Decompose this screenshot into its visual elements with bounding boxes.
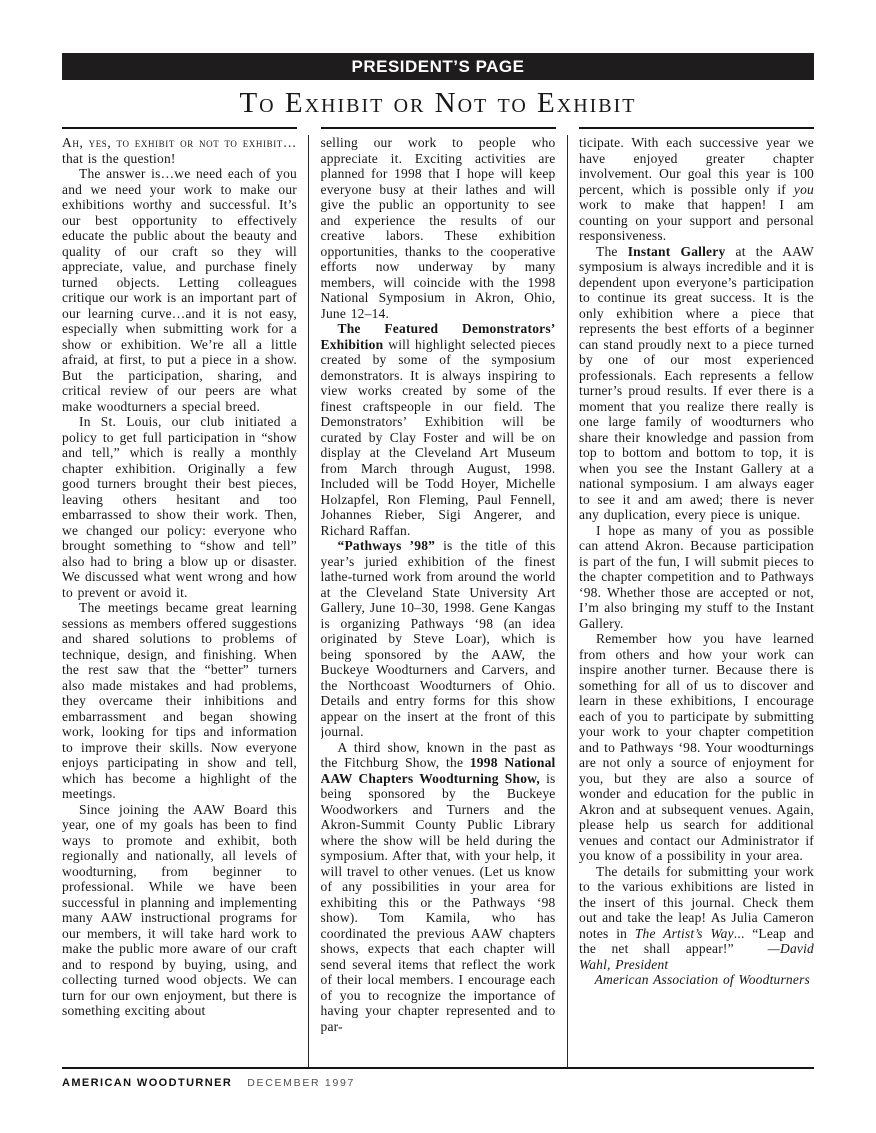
article-title: To Exhibit or Not to Exhibit (62, 84, 814, 122)
issue-date: DECEMBER 1997 (247, 1077, 355, 1089)
column-1: Ah, yes, to exhibit or not to exhibit… t… (62, 135, 297, 1067)
text-segment: you (794, 182, 814, 197)
banner: PRESIDENT’S PAGE (62, 53, 814, 80)
paragraph: I hope as many of you as possible can at… (579, 523, 814, 632)
column-divider (567, 135, 568, 1067)
journal-name: AMERICAN WOODTURNER (62, 1077, 232, 1089)
paragraph: The Featured Demonstrators’ Exhibition w… (321, 321, 556, 538)
text-segment: is being sponsored by the Buckeye Woodwo… (321, 771, 556, 1034)
article-columns: Ah, yes, to exhibit or not to exhibit… t… (62, 135, 814, 1067)
paragraph: The meetings became great learning sessi… (62, 600, 297, 802)
footer-rule (62, 1067, 814, 1069)
text-segment: The meetings became great learning sessi… (62, 600, 297, 801)
page: PRESIDENT’S PAGE To Exhibit or Not to Ex… (0, 0, 876, 1133)
text-segment: The answer is…we need each of you and we… (62, 166, 297, 414)
text-segment: Ah, yes, to exhibit or not to exhibit… (62, 135, 297, 150)
paragraph: Ah, yes, to exhibit or not to exhibit… t… (62, 135, 297, 166)
paragraph: Since joining the AAW Board this year, o… (62, 802, 297, 1019)
text-segment: ticipate. With each successive year we h… (579, 135, 814, 197)
header-rule-segment (62, 127, 297, 129)
text-segment: “Pathways ’98” (338, 538, 436, 553)
text-segment: Instant Gallery (628, 244, 726, 259)
text-segment: I hope as many of you as possible can at… (579, 523, 814, 631)
text-segment: Since joining the AAW Board this year, o… (62, 802, 297, 1019)
paragraph: In St. Louis, our club initiated a polic… (62, 414, 297, 600)
header-rule (62, 127, 814, 129)
text-segment: that is the question! (62, 151, 176, 166)
text-segment: The (596, 244, 628, 259)
header-rule-segment (579, 127, 814, 129)
paragraph: ticipate. With each successive year we h… (579, 135, 814, 244)
text-segment: will highlight selected pieces created b… (321, 337, 556, 538)
text-segment: selling our work to people who appreciat… (321, 135, 556, 321)
paragraph: selling our work to people who appreciat… (321, 135, 556, 321)
paragraph: American Association of Woodturners (579, 972, 814, 988)
paragraph: The answer is…we need each of you and we… (62, 166, 297, 414)
paragraph: “Pathways ’98” is the title of this year… (321, 538, 556, 740)
banner-title: PRESIDENT’S PAGE (352, 57, 525, 77)
text-segment: work to make that happen! I am counting … (579, 197, 814, 243)
column-3: ticipate. With each successive year we h… (579, 135, 814, 1067)
paragraph: A third show, known in the past as the F… (321, 740, 556, 1035)
text-segment: is the title of this year’s juried exhib… (321, 538, 556, 739)
column-divider (308, 135, 309, 1067)
text-segment: Remember how you have learned from other… (579, 631, 814, 863)
footer: AMERICAN WOODTURNER DECEMBER 1997 (62, 1077, 814, 1089)
text-segment: In St. Louis, our club initiated a polic… (62, 414, 297, 600)
paragraph: The details for submitting your work to … (579, 864, 814, 973)
header-rule-segment (321, 127, 556, 129)
text-segment: American Association of Woodturners (595, 972, 810, 987)
text-segment: The Artist’s Way (635, 926, 734, 941)
text-segment: at the AAW symposium is always incredibl… (579, 244, 814, 523)
paragraph: Remember how you have learned from other… (579, 631, 814, 864)
paragraph: The Instant Gallery at the AAW symposium… (579, 244, 814, 523)
column-2: selling our work to people who appreciat… (321, 135, 556, 1067)
